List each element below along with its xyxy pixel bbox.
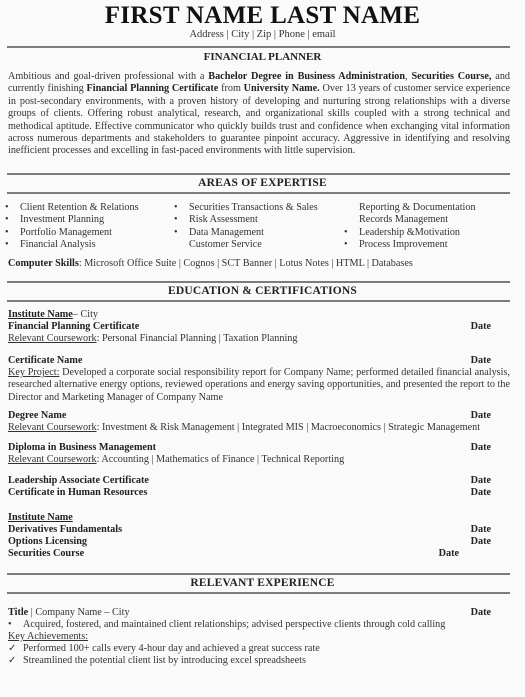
credential-title: Certificate Name	[8, 355, 82, 366]
section-divider-bottom	[7, 592, 510, 594]
checkmark-icon: ✓	[8, 655, 23, 667]
expertise-item: Customer Service	[174, 239, 318, 251]
education-entry: Options LicensingDate	[8, 536, 491, 548]
achievement-text: Performed 100+ calls every 4-hour day an…	[23, 643, 320, 654]
expertise-item: •Risk Assessment	[174, 214, 318, 226]
computer-skills-list: : Microsoft Office Suite | Cognos | SCT …	[79, 258, 413, 269]
achievement-item: ✓Streamlined the potential client list b…	[8, 655, 491, 667]
expertise-label: Leadership &Motivation	[359, 227, 460, 238]
expertise-item: •Securities Transactions & Sales	[174, 202, 318, 214]
credential-title: Securities Course	[8, 548, 84, 559]
summary-course: Securities Course,	[411, 71, 491, 82]
coursework-list: : Personal Financial Planning | Taxation…	[97, 333, 298, 344]
credential-date: Date	[471, 442, 491, 454]
bullet-icon: •	[344, 227, 348, 239]
credential-title: Derivatives Fundamentals	[8, 524, 122, 535]
expertise-column-2: •Securities Transactions & Sales•Risk As…	[174, 202, 318, 251]
education-entry: Certificate NameDate	[8, 355, 491, 367]
coursework-label: Relevant Coursework	[8, 454, 97, 465]
education-entry: Securities CourseDate	[8, 548, 459, 560]
candidate-name: FIRST NAME LAST NAME	[0, 2, 525, 30]
expertise-item: •Client Retention & Relations	[5, 202, 139, 214]
education-entry: Diploma in Business ManagementDate	[8, 442, 491, 454]
achievements-label: Key Achievements:	[8, 631, 88, 642]
expertise-item: •Portfolio Management	[5, 227, 139, 239]
expertise-label: Financial Analysis	[20, 239, 96, 250]
credential-date: Date	[471, 536, 491, 548]
computer-skills-label: Computer Skills	[8, 258, 79, 269]
coursework-list: : Accounting | Mathematics of Finance | …	[97, 454, 345, 465]
job-duty: •Acquired, fostered, and maintained clie…	[8, 619, 491, 631]
achievement-text: Streamlined the potential client list by…	[23, 655, 306, 666]
achievements-heading: Key Achievements:	[8, 631, 491, 643]
key-project-label: Key Project:	[8, 367, 59, 378]
education-entry: Certificate in Human ResourcesDate	[8, 487, 491, 499]
section-heading-expertise: AREAS OF EXPERTISE	[0, 177, 525, 189]
coursework-line: Relevant Coursework: Personal Financial …	[8, 333, 491, 345]
credential-date: Date	[471, 524, 491, 536]
credential-title: Options Licensing	[8, 536, 87, 547]
computer-skills: Computer Skills: Microsoft Office Suite …	[8, 258, 413, 269]
job-company: | Company Name – City	[28, 607, 129, 618]
job-title: FINANCIAL PLANNER	[0, 51, 525, 63]
expertise-item: •Investment Planning	[5, 214, 139, 226]
resume-page: FIRST NAME LAST NAME Address | City | Zi…	[0, 0, 525, 697]
education-entry: Financial Planning CertificateDate	[8, 321, 491, 333]
expertise-label: Client Retention & Relations	[20, 202, 139, 213]
credential-title: Leadership Associate Certificate	[8, 475, 149, 486]
expertise-label: Investment Planning	[20, 214, 104, 225]
credential-date: Date	[471, 355, 491, 367]
credential-title: Certificate in Human Resources	[8, 487, 147, 498]
achievement-item: ✓Performed 100+ calls every 4-hour day a…	[8, 643, 491, 655]
expertise-item: •Process Improvement	[344, 239, 476, 251]
expertise-item: Reporting & Documentation	[344, 202, 476, 214]
bullet-icon: •	[174, 227, 178, 239]
coursework-label: Relevant Coursework	[8, 333, 97, 344]
job-position: Title	[8, 607, 28, 618]
coursework-line: Relevant Coursework: Accounting | Mathem…	[8, 454, 491, 466]
institute-name: Institute Name	[8, 309, 73, 320]
education-entry: Degree NameDate	[8, 410, 491, 422]
expertise-label: Process Improvement	[359, 239, 448, 250]
expertise-item: •Data Management	[174, 227, 318, 239]
summary-certificate: Financial Planning Certificate	[87, 83, 219, 94]
credential-title: Diploma in Business Management	[8, 442, 156, 453]
credential-date: Date	[471, 410, 491, 422]
section-heading-education: EDUCATION & CERTIFICATIONS	[0, 285, 525, 297]
expertise-label: Securities Transactions & Sales	[189, 202, 318, 213]
institute-city: – City	[73, 309, 98, 320]
summary-text: Ambitious and goal-driven professional w…	[8, 71, 208, 82]
job-date: Date	[471, 607, 491, 619]
expertise-label: Reporting & Documentation	[359, 202, 476, 213]
summary-university: University Name.	[244, 83, 320, 94]
expertise-item: •Financial Analysis	[5, 239, 139, 251]
duty-text: Acquired, fostered, and maintained clien…	[23, 619, 445, 630]
credential-date: Date	[471, 487, 491, 499]
checkmark-icon: ✓	[8, 643, 23, 655]
expertise-item: •Leadership &Motivation	[344, 227, 476, 239]
education-entry: Derivatives FundamentalsDate	[8, 524, 491, 536]
credential-title: Degree Name	[8, 410, 66, 421]
section-divider-top	[7, 281, 510, 283]
contact-line: Address | City | Zip | Phone | email	[0, 29, 525, 40]
education-institute: Institute Name– City	[8, 309, 491, 321]
summary-text: from	[218, 83, 243, 94]
header-divider	[7, 46, 510, 48]
expertise-column-1: •Client Retention & Relations•Investment…	[5, 202, 139, 251]
credential-date: Date	[439, 548, 459, 560]
bullet-icon: •	[5, 239, 9, 251]
section-heading-experience: RELEVANT EXPERIENCE	[0, 577, 525, 589]
summary-degree: Bachelor Degree in Business Administrati…	[208, 71, 405, 82]
section-divider-bottom	[7, 192, 510, 194]
section-divider-top	[7, 573, 510, 575]
education-entry: Leadership Associate CertificateDate	[8, 475, 491, 487]
expertise-column-3: Reporting & DocumentationRecords Managem…	[344, 202, 476, 251]
job-header: Title | Company Name – CityDate	[8, 607, 491, 619]
credential-date: Date	[471, 321, 491, 333]
expertise-label: Customer Service	[189, 239, 262, 250]
bullet-icon: •	[344, 239, 348, 251]
bullet-icon: •	[174, 202, 178, 214]
section-divider-bottom	[7, 300, 510, 302]
coursework-label: Relevant Coursework	[8, 422, 97, 433]
bullet-icon: •	[5, 214, 9, 226]
expertise-label: Data Management	[189, 227, 264, 238]
bullet-icon: •	[5, 227, 9, 239]
key-project: Key Project: Developed a corporate socia…	[8, 367, 510, 404]
bullet-icon: •	[8, 619, 23, 631]
bullet-icon: •	[174, 214, 178, 226]
credential-date: Date	[471, 475, 491, 487]
bullet-icon: •	[5, 202, 9, 214]
expertise-label: Portfolio Management	[20, 227, 112, 238]
key-project-text: Developed a corporate social responsibil…	[8, 367, 510, 403]
section-divider-top	[7, 173, 510, 175]
credential-title: Financial Planning Certificate	[8, 321, 139, 332]
coursework-line: Relevant Coursework: Investment & Risk M…	[8, 422, 491, 434]
expertise-label: Records Management	[359, 214, 448, 225]
expertise-label: Risk Assessment	[189, 214, 258, 225]
institute-name: Institute Name	[8, 512, 73, 523]
expertise-item: Records Management	[344, 214, 476, 226]
coursework-list: : Investment & Risk Management | Integra…	[97, 422, 481, 433]
education-institute: Institute Name	[8, 512, 491, 524]
professional-summary: Ambitious and goal-driven professional w…	[8, 71, 510, 158]
